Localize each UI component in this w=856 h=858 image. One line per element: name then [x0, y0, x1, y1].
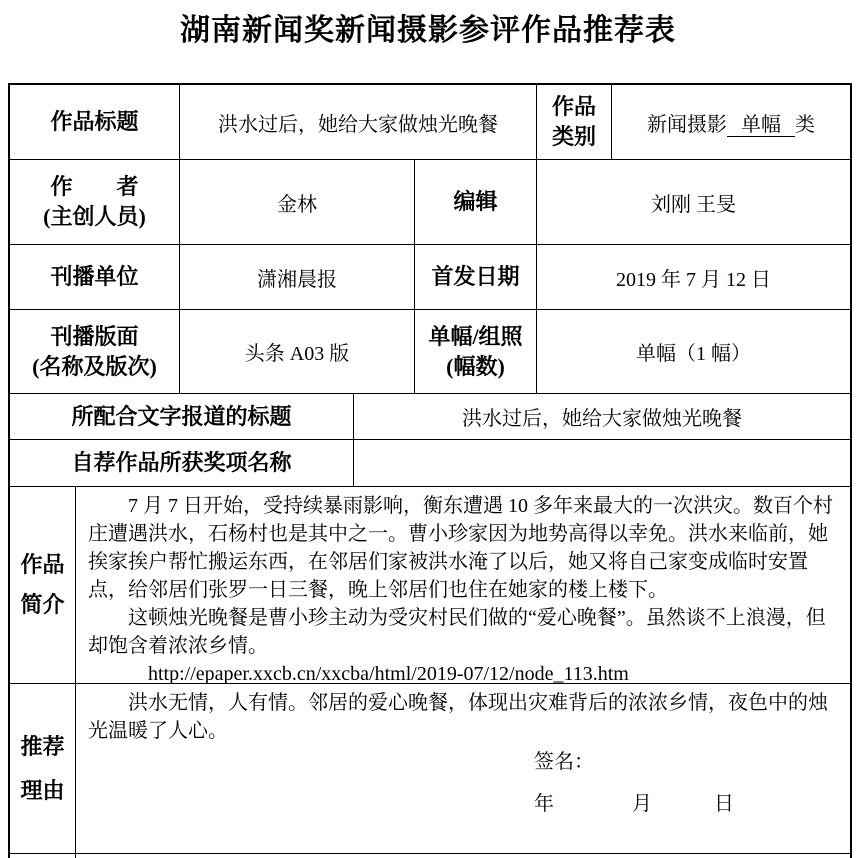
recommendation-label-line1: 推荐	[20, 725, 64, 769]
photo-count-label-line2: (幅数)	[446, 352, 505, 382]
editor-value: 刘刚 王旻	[537, 160, 850, 245]
self-award-label: 自荐作品所获奖项名称	[10, 440, 354, 487]
photo-count-label-line1: 单幅/组照	[428, 322, 522, 352]
author-label: 作 者 (主创人员)	[10, 160, 180, 245]
summary-paragraph-1: 7 月 7 日开始，受持续暴雨影响，衡东遭遇 10 多年来最大的一次洪灾。数百个…	[88, 492, 838, 604]
category-value-text: 新闻摄影单幅类	[647, 108, 815, 137]
partial-row-value-cell	[76, 854, 850, 858]
summary-paragraph-2: 这顿烛光晚餐是曹小珍主动为受灾村民们做的“爱心晚餐”。虽然谈不上浪漫，但却饱含着…	[88, 604, 838, 660]
date-year-label: 年	[534, 790, 554, 818]
recommendation-paragraph: 洪水无情，人有情。邻居的爱心晚餐，体现出灾难背后的浓浓乡情，夜色中的烛光温暖了人…	[88, 689, 838, 745]
author-label-line1: 作 者	[50, 172, 138, 202]
related-report-value: 洪水过后，她给大家做烛光晚餐	[354, 394, 850, 440]
work-title-label: 作品标题	[10, 85, 180, 160]
date-day-label: 日	[714, 790, 734, 818]
publisher-value: 潇湘晨报	[180, 245, 415, 310]
author-label-line2: (主创人员)	[43, 202, 146, 232]
page-title: 湖南新闻奖新闻摄影参评作品推荐表	[0, 5, 856, 49]
summary-label-line1: 作品	[20, 545, 64, 585]
recommendation-text: 洪水无情，人有情。邻居的爱心晚餐，体现出灾难背后的浓浓乡情，夜色中的烛光温暖了人…	[76, 684, 850, 854]
page-layout-label-line1: 刊播版面	[50, 322, 138, 352]
page-layout-value: 头条 A03 版	[180, 310, 415, 394]
recommendation-label-line2: 理由	[20, 769, 64, 813]
summary-label-line2: 简介	[20, 585, 64, 625]
publisher-label: 刊播单位	[10, 245, 180, 310]
first-publish-date-label: 首发日期	[415, 245, 537, 310]
document-page: 湖南新闻奖新闻摄影参评作品推荐表 作品标题 洪水过后，她给大家做烛光晚餐 作品 …	[0, 0, 856, 858]
recommendation-label: 推荐 理由	[10, 684, 76, 854]
partial-row-label-cell	[10, 854, 76, 858]
date-month-label: 月	[632, 790, 652, 818]
author-value: 金林	[180, 160, 415, 245]
first-publish-date-value: 2019 年 7 月 12 日	[537, 245, 850, 310]
page-layout-label: 刊播版面 (名称及版次)	[10, 310, 180, 394]
work-title-value: 洪水过后，她给大家做烛光晚餐	[180, 85, 537, 160]
summary-url-line: http://epaper.xxcb.cn/xxcba/html/2019-07…	[88, 660, 838, 684]
summary-label: 作品 简介	[10, 487, 76, 684]
editor-label: 编辑	[415, 160, 537, 245]
self-award-value	[354, 440, 850, 487]
summary-text: 7 月 7 日开始，受持续暴雨影响，衡东遭遇 10 多年来最大的一次洪灾。数百个…	[76, 487, 850, 684]
category-label: 作品 类别	[537, 85, 612, 160]
photo-count-label: 单幅/组照 (幅数)	[415, 310, 537, 394]
category-label-line1: 作品	[552, 92, 596, 122]
page-layout-label-line2: (名称及版次)	[32, 352, 157, 382]
signature-label: 签名：	[534, 748, 594, 776]
category-value: 新闻摄影单幅类	[612, 85, 850, 160]
category-filled-blank: 单幅	[727, 114, 795, 137]
article-url: http://epaper.xxcb.cn/xxcba/html/2019-07…	[148, 663, 629, 684]
recommendation-form-table: 作品标题 洪水过后，她给大家做烛光晚餐 作品 类别 新闻摄影单幅类 作 者 (主…	[8, 83, 852, 858]
photo-count-value: 单幅（1 幅）	[537, 310, 850, 394]
category-label-line2: 类别	[552, 122, 596, 152]
related-report-label: 所配合文字报道的标题	[10, 394, 354, 440]
